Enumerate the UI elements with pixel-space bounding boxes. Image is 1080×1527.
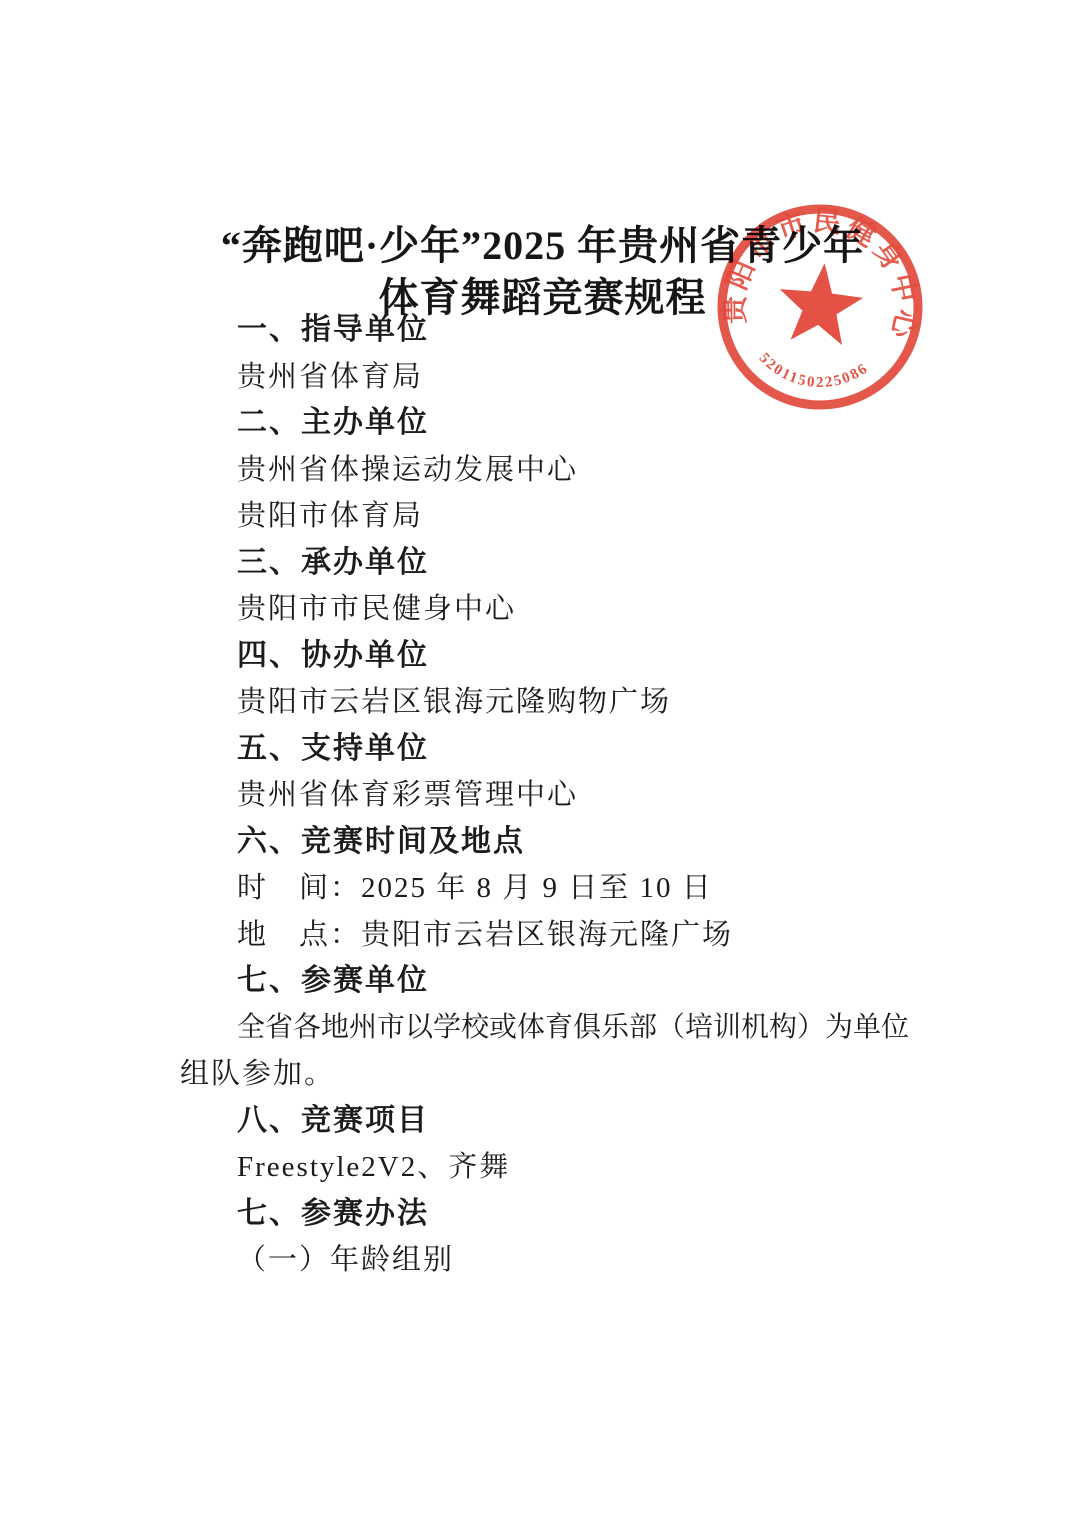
section-heading-time-place: 六、竞赛时间及地点 (180, 819, 910, 866)
section-heading-entry-method: 七、参赛办法 (180, 1191, 910, 1238)
section-heading-events: 八、竞赛项目 (180, 1098, 910, 1145)
section-heading-coorganizer-unit: 四、协办单位 (180, 633, 910, 680)
body-line-host-org-2: 贵阳市体育局 (180, 493, 910, 540)
star-icon (775, 259, 867, 347)
body-line-events: Freestyle2V2、齐舞 (180, 1144, 910, 1191)
body-line-place: 地 点：贵阳市云岩区银海元隆广场 (180, 912, 910, 959)
document-body: 一、指导单位 贵州省体育局 二、主办单位 贵州省体操运动发展中心 贵阳市体育局 … (180, 307, 910, 1284)
body-line-coorganizer-org: 贵阳市云岩区银海元隆购物广场 (180, 679, 910, 726)
section-heading-organizer-unit: 三、承办单位 (180, 540, 910, 587)
body-line-age-groups: （一）年龄组别 (180, 1237, 910, 1284)
body-line-host-org-1: 贵州省体操运动发展中心 (180, 447, 910, 494)
body-line-time: 时 间：2025 年 8 月 9 日至 10 日 (180, 865, 910, 912)
official-seal: 贵阳市市民健身中心 5201150225086 (698, 185, 942, 429)
section-heading-participants: 七、参赛单位 (180, 958, 910, 1005)
body-line-participants-1: 全省各地州市以学校或体育俱乐部（培训机构）为单位 (180, 1005, 910, 1052)
body-line-support-org: 贵州省体育彩票管理中心 (180, 772, 910, 819)
section-heading-support-unit: 五、支持单位 (180, 726, 910, 773)
document-page: “奔跑吧·少年”2025 年贵州省青少年 体育舞蹈竞赛规程 一、指导单位 贵州省… (0, 0, 1080, 1527)
body-line-participants-2: 组队参加。 (180, 1051, 910, 1098)
body-line-organizer-org: 贵阳市市民健身中心 (180, 586, 910, 633)
